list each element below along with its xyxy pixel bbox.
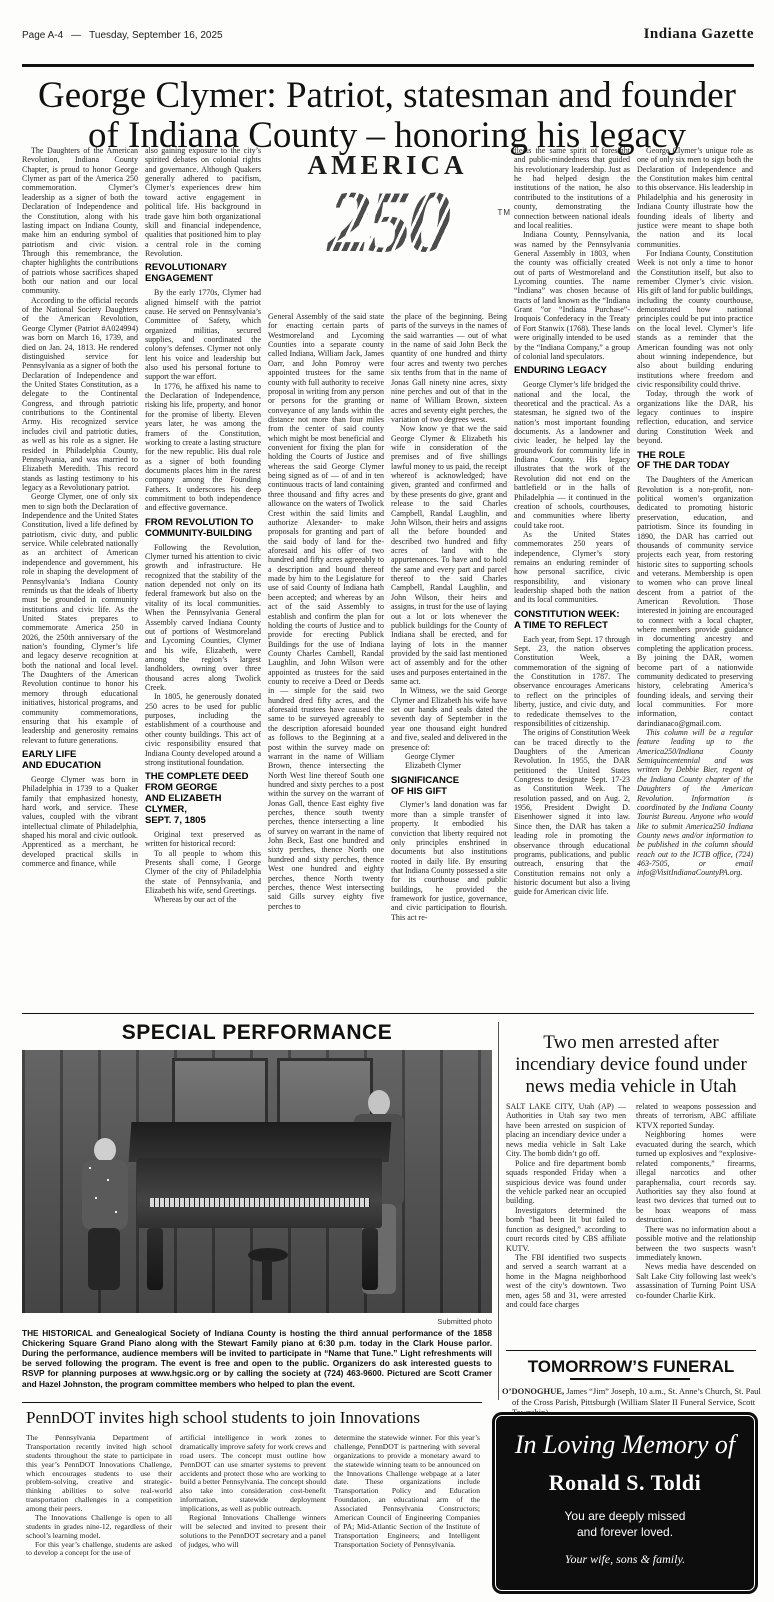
article-text-block: In Witness, we the said George Clymer an… — [391, 686, 507, 752]
penndot-column-1: The Pennsylvania Department of Transport… — [26, 1434, 172, 1596]
article-text-block: ENDURING LEGACY — [514, 366, 630, 377]
article-text-block: Clymer’s land donation was far more than… — [391, 800, 507, 922]
photo-stool-leg — [262, 1260, 272, 1300]
utah-text-block: There was no information about a possibl… — [636, 1225, 756, 1263]
article-column-5: flects the same spirit of foresight and … — [514, 146, 630, 1012]
memorial-message-line: and forever loved. — [492, 1524, 758, 1540]
photo-piano-leg — [147, 1228, 163, 1290]
article-text-block: For Indiana County, Constitution Week is… — [637, 249, 753, 389]
article-text-block: REVOLUTIONARY ENGAGEMENT — [145, 263, 261, 285]
memorial-name: Ronald S. Toldi — [492, 1470, 758, 1496]
penndot-text-block: Regional Innovations Challenge winners w… — [180, 1514, 326, 1550]
main-headline: George Clymer: Patriot, statesman and fo… — [30, 76, 744, 156]
penndot-text-block: The Innovations Challenge is open to all… — [26, 1514, 172, 1541]
newspaper-page: Page A-4—Tuesday, September 16, 2025 Ind… — [0, 0, 774, 1602]
article-text-block: To all people to whom this Presents shal… — [145, 849, 261, 896]
article-column-2: also gaining exposure to the city’s spir… — [145, 146, 261, 1012]
article-text-block: the place of the beginning. Being parts … — [391, 312, 507, 424]
utah-text-block: related to weapons possession and threat… — [636, 1102, 756, 1130]
masthead-rule — [22, 64, 754, 67]
penndot-text-block: artificial intelligence in work zones to… — [180, 1434, 326, 1514]
article-text-block: George Clymer’s life bridged the nationa… — [514, 380, 630, 530]
special-performance-title: SPECIAL PERFORMANCE — [22, 1021, 492, 1045]
memorial-signature: Your wife, sons & family. — [492, 1552, 758, 1567]
article-text-block: This column will be a regular feature le… — [637, 728, 753, 878]
utah-column-2: related to weapons possession and threat… — [636, 1102, 756, 1344]
page-number: Page A-4 — [22, 30, 63, 41]
issue-date: Tuesday, September 16, 2025 — [89, 30, 222, 41]
masthead-left: Page A-4—Tuesday, September 16, 2025 — [22, 30, 223, 41]
memorial-ad: In Loving Memory of Ronald S. Toldi You … — [492, 1412, 758, 1594]
article-text-block: Today, through the work of organizations… — [637, 389, 753, 445]
article-text-block: Following the Revolution, Clymer turned … — [145, 543, 261, 693]
article-text-block: George Clymer was born in Philadelphia i… — [22, 775, 138, 869]
article-column-6: George Clymer’s unique role as one of on… — [637, 146, 753, 1012]
photo-piano-leg — [362, 1228, 378, 1290]
article-text-block: The origins of Constitution Week can be … — [514, 728, 630, 896]
utah-column-1: SALT LAKE CITY, Utah (AP) — Authorities … — [506, 1102, 626, 1344]
article-column-4: the place of the beginning. Being parts … — [391, 312, 507, 1012]
trademark-symbol: TM — [497, 208, 511, 217]
america250-logo: AMERICA 250 TM — [268, 150, 507, 305]
photo-woman — [80, 1138, 132, 1298]
article-text-block: George Clymer, one of only six men to si… — [22, 492, 138, 745]
utah-text-block: SALT LAKE CITY, Utah (AP) — Authorities … — [506, 1102, 626, 1159]
article-text-block: According to the official records of the… — [22, 296, 138, 493]
article-text-block: CONSTITUTION WEEK: A TIME TO REFLECT — [514, 610, 630, 632]
utah-headline: Two men arrested after incendiary device… — [506, 1032, 756, 1098]
performance-photo — [22, 1050, 492, 1313]
article-text-block: Each year, from Sept. 17 through Sept. 2… — [514, 635, 630, 729]
penndot-column-3: determine the statewide winner. For this… — [334, 1434, 480, 1596]
section-divider-rule — [22, 1013, 754, 1014]
article-text-block: The Daughters of the American Revolution… — [637, 475, 753, 728]
utah-text-block: Police and fire department bomb squads r… — [506, 1159, 626, 1206]
penndot-headline: PennDOT invites high school students to … — [26, 1408, 478, 1428]
article-text-block: THE COMPLETE DEED FROM GEORGE AND ELIZAB… — [145, 772, 261, 827]
penndot-text-block: The Pennsylvania Department of Transport… — [26, 1434, 172, 1514]
article-text-block: George Clymer — [391, 752, 507, 761]
penndot-text-block: For this year’s challenge, students are … — [26, 1541, 172, 1559]
photo-credit: Submitted photo — [22, 1317, 492, 1326]
article-text-block: The Daughters of the American Revolution… — [22, 146, 138, 296]
article-text-block: EARLY LIFE AND EDUCATION — [22, 750, 138, 772]
photo-piano-lid — [129, 1122, 392, 1162]
article-column-3: General Assembly of the said state for e… — [268, 312, 384, 1012]
masthead-separator: — — [71, 30, 81, 41]
funeral-divider-rule — [506, 1350, 756, 1351]
utah-text-block: Neighboring homes were evacuated during … — [636, 1130, 756, 1224]
article-text-block: Elizabeth Clymer — [391, 761, 507, 770]
funeral-title: TOMORROW’S FUNERAL — [506, 1357, 756, 1377]
article-text-block: Now know ye that we the said George Clym… — [391, 424, 507, 686]
column-divider-rule — [498, 1022, 499, 1400]
america250-numerals: 250 — [268, 181, 507, 265]
penndot-divider-rule — [22, 1402, 482, 1403]
article-text-block: Indiana County, Pennsylvania, was named … — [514, 230, 630, 361]
article-text-block: By the early 1770s, Clymer had aligned h… — [145, 288, 261, 382]
photo-piano-keyboard — [150, 1198, 370, 1207]
caption-lead: THE HISTORICAL — [22, 1328, 93, 1338]
newspaper-name: Indiana Gazette — [644, 26, 754, 43]
utah-text-block: News media have descended on Salt Lake C… — [636, 1262, 756, 1300]
penndot-column-2: artificial intelligence in work zones to… — [180, 1434, 326, 1596]
article-text-block: George Clymer’s unique role as one of on… — [637, 146, 753, 249]
penndot-text-block: determine the statewide winner. For this… — [334, 1434, 480, 1549]
article-text-block: In 1776, he affixed his name to the Decl… — [145, 382, 261, 513]
funeral-name: O’DONOGHUE, — [502, 1386, 564, 1396]
memorial-message: You are deeply missed and forever loved. — [492, 1508, 758, 1540]
article-text-block: also gaining exposure to the city’s spir… — [145, 146, 261, 258]
photo-piano — [137, 1158, 382, 1228]
article-column-1: The Daughters of the American Revolution… — [22, 146, 138, 1012]
memorial-message-line: You are deeply missed — [492, 1508, 758, 1524]
memorial-heading: In Loving Memory of — [492, 1430, 758, 1460]
article-text-block: Original text preserved as written for h… — [145, 830, 261, 849]
masthead: Page A-4—Tuesday, September 16, 2025 Ind… — [22, 26, 754, 43]
funeral-title-underline — [570, 1378, 690, 1380]
article-text-block: General Assembly of the said state for e… — [268, 312, 384, 911]
article-text-block: THE ROLE OF THE DAR TODAY — [637, 451, 753, 473]
utah-text-block: The FBI identified two suspects and serv… — [506, 1253, 626, 1310]
article-text-block: In 1805, he generously donated 250 acres… — [145, 692, 261, 767]
article-text-block: Whereas by our act of the — [145, 895, 261, 904]
article-text-block: flects the same spirit of foresight and … — [514, 146, 630, 230]
article-text-block: As the United States commemorates 250 ye… — [514, 530, 630, 605]
caption-body: and Genealogical Society of Indiana Coun… — [22, 1328, 492, 1389]
photo-caption: THE HISTORICAL and Genealogical Society … — [22, 1328, 492, 1389]
article-text-block: SIGNIFICANCE OF HIS GIFT — [391, 776, 507, 798]
article-text-block: FROM REVOLUTION TO COMMUNITY-BUILDING — [145, 518, 261, 540]
utah-text-block: Investigators determined the bomb “had b… — [506, 1206, 626, 1253]
